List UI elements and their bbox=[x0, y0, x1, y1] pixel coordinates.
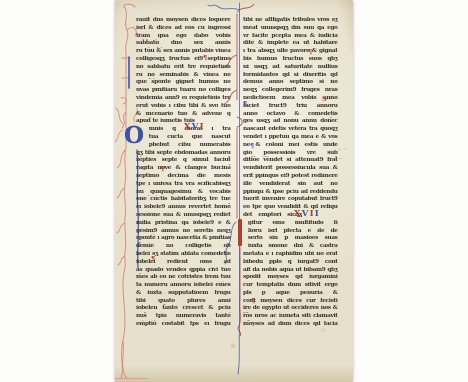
text-line: sessionē suā & unusqsqʒ rediet ad fa bbox=[136, 212, 231, 220]
text-line: pls p aquē penuriā & murmuravit bbox=[243, 290, 338, 298]
text-line: septies septē q simul faciūt annos qd bbox=[136, 157, 231, 165]
text-line: ille vendiderat sin aūt nō habuerit bbox=[243, 181, 338, 189]
text-line: miliā pristinā qa iobele9 ē & quīqua bbox=[136, 220, 231, 228]
illuminated-initial-O: O bbox=[124, 122, 144, 149]
text-line: demus anno septimo si nō severim9 bbox=[243, 79, 338, 87]
text-line: iuxta smonē dni & castra bbox=[243, 243, 338, 251]
text-line: as quādo vendes qppiā civi tuo vl e bbox=[136, 267, 231, 275]
text-line: ros nrōs ac iumēta siti clamavit aūt bbox=[243, 313, 338, 321]
text-line: nū quīquagesimū & vocabis remissi bbox=[136, 189, 231, 197]
paraph-mark: ¶ bbox=[203, 55, 207, 62]
text-line: liorū isrl pfecta ē de de bbox=[243, 228, 338, 236]
text-line: tua cūcta quē nascūt bbox=[136, 134, 231, 142]
paraph-mark: ¶ bbox=[308, 49, 312, 56]
text-line: tibi quāto plures anni remanserīt post bbox=[136, 298, 231, 306]
text-line: cur temptatis dnm sitivit ergo ibi p bbox=[243, 282, 338, 290]
text-line: uvas pmitiarū tuarū nō colliges qsi bbox=[136, 87, 231, 95]
text-line: gitur oms multitudo fi bbox=[243, 220, 338, 228]
text-line: dite & implete ea ut habitare possitis bbox=[243, 40, 338, 48]
text-line: erit ppinqus ei9 potest redimere qd bbox=[243, 173, 338, 181]
text-line: metata ē ī raphidim ubi nō erat aq bbox=[243, 251, 338, 259]
text-line: ni usqʒ ad saturitatē nullius impet9 bbox=[243, 64, 338, 72]
manuscript-leaf: rauit dns moysen dicēs loquere filiisisr… bbox=[115, 0, 353, 382]
text-line: formidantes qd si dixeritis qd come bbox=[243, 72, 338, 80]
illuminated-initial-I bbox=[238, 219, 242, 246]
text-line: quē sponte gignet humus nō metes & bbox=[136, 79, 231, 87]
photo-background: rauit dns moysen dicēs loquere filiisisr… bbox=[0, 0, 468, 382]
text-line: nascant edetis vetera trā quoqʒ nō bbox=[243, 126, 338, 134]
paraph-mark: ¶ bbox=[250, 143, 254, 150]
paraph-mark: ¶ bbox=[243, 101, 247, 108]
text-line: ppinqū & ipse pciū ad reddendū po bbox=[243, 189, 338, 197]
paraph-mark: ¶ bbox=[251, 298, 255, 305]
text-line: meat unusqsqʒ dm suū qa ego dns ds bbox=[243, 25, 338, 33]
text-line: gio possessiōis vrē sub redēptiōis cō bbox=[243, 150, 338, 158]
text-line: sponte ī agro nascētia & pmitias vī bbox=[136, 235, 231, 243]
text-line: mes ab eo ne cōtristes frēm tuū sʒ iux bbox=[136, 274, 231, 282]
text-line: nus tpis numeravis tanto minoris & bbox=[136, 313, 231, 321]
text-line: ī trā absqʒ ullo pavore & gignat vo bbox=[243, 48, 338, 56]
text-line: cont moysen dicēs cur fecisti nos ex bbox=[243, 298, 338, 306]
text-line: det emptori sicqʒ recipiet bbox=[243, 212, 302, 220]
text-line: sabbatū dno sex annis seminabis ag bbox=[136, 40, 231, 48]
text-line: bibēdū pplō q iurgat9 cont moysen bbox=[243, 259, 338, 267]
text-column-left: rauit dns moysen dicēs loquere filiisisr… bbox=[136, 17, 231, 329]
text-line: vr facite pcepta mea & iudicia custo bbox=[243, 33, 338, 41]
text-line: faciet fruct9 triū annorū seretisqʒ bbox=[243, 103, 338, 111]
text-line: demiē nō colligetis ob scīficatiōem io bbox=[136, 243, 231, 251]
text-line: onē cūctis habitatoribʒ trē tuē ipse ē bbox=[136, 196, 231, 204]
text-line: gesim9 annus nō seretis neqʒ metetis bbox=[136, 228, 231, 236]
chapter-numeral-left: XVI bbox=[184, 122, 205, 132]
text-line: septimo decima die mēsis ppitiatiōis bbox=[136, 173, 231, 181]
text-line: nē & coloni mei estis unde cūcta re bbox=[243, 142, 338, 150]
text-line: tibi ne affligatis tribules vrōs sʒ ti bbox=[243, 17, 338, 25]
text-line: iobeleū tanto crescet & pciū quāto mi bbox=[136, 305, 231, 313]
text-line: ire de egypto ut occideres nos & libe bbox=[243, 305, 338, 313]
text-line: neqʒ collegerim9 fruges nrās dabo be bbox=[243, 87, 338, 95]
text-line: ditiōe vendet si attenuat9 frat tu9 bbox=[243, 157, 338, 165]
text-line: tpē ī univsa trā vrā scīficabisqʒ an bbox=[136, 181, 231, 189]
text-line: rū nō seminabis & vineā nō putabis bbox=[136, 72, 231, 80]
text-line: eo tpē quo vendidit & qd reliqū ē red bbox=[243, 204, 338, 212]
text-line: spōdit moyses qd iurgamini cont me bbox=[243, 274, 338, 282]
paraph-mark: ¶ bbox=[151, 256, 155, 263]
text-line: tuerit invenire cōputabūt fruct9 ex bbox=[243, 196, 338, 204]
text-line: eī iobele9 annus revertet homo ad pos bbox=[136, 204, 231, 212]
text-line: ragīta novē & clanges bucina mēse bbox=[136, 165, 231, 173]
paraph-mark: ¶ bbox=[160, 166, 164, 173]
chapter-numeral-right: XVII bbox=[294, 209, 320, 219]
text-line: anno octavo & comedetis veteres fru bbox=[243, 111, 338, 119]
text-line: bis humus fructus suos qbʒ vescami bbox=[243, 56, 338, 64]
text-line: no sabbatū erit trē requietiōis dni ag bbox=[136, 64, 231, 72]
text-line: vendet ī ppetuū qa mea ē & vos adve bbox=[243, 134, 338, 142]
text-line: serto sin p māsiōes suas bbox=[243, 235, 338, 243]
paraph-mark: S bbox=[322, 96, 327, 103]
text-line: vendiderit possessiūculā suā & volu bbox=[243, 165, 338, 173]
text-line: pbebūt cibū numerabis bbox=[136, 142, 231, 150]
text-line: rū tuū & sex annis putabis vineā tuā bbox=[136, 48, 231, 56]
text-line: emptio cōstabit tps eī frugū vendet bbox=[136, 321, 231, 329]
text-line: ta numerū annorū iobelei emes ab eo bbox=[136, 282, 231, 290]
text-line: ait da nobis aquā ut bibam9 qbʒ re bbox=[243, 267, 338, 275]
text-column-right: tibi ne affligatis tribules vrōs sʒ time… bbox=[243, 17, 338, 329]
text-line: erūt vobis ī cibū tibi & svo tuo ancille bbox=[136, 103, 231, 111]
pencil-inscription: ~˜~~˜~~~˜ bbox=[327, 144, 362, 175]
text-line: & iuxta supputatiōem frugū vendet bbox=[136, 290, 231, 298]
text-line: qʒ tibi septē ebdomadas annorū id ē bbox=[136, 150, 231, 158]
text-line: isrl & dices ad eos cū ingressi fuerīt bbox=[136, 25, 231, 33]
text-line: moyses ad dnm dicēs qd faciā pplō bbox=[243, 321, 338, 329]
text-line: vindemiā ann9 eī requietiōis trē ē ſʒ bbox=[136, 95, 231, 103]
text-line: rauit dns moysen dicēs loquere filiis bbox=[136, 17, 231, 25]
text-line: trām quā ego dabo vobis sabbatizet bbox=[136, 33, 231, 41]
text-line: colligesqʒ fructus ei9 septimo aūt an bbox=[136, 56, 231, 64]
text-line: ges usqʒ ad nonū annū donec nova bbox=[243, 118, 338, 126]
text-line: & mcēnario tuo & advene q pegrinat bbox=[136, 111, 231, 119]
